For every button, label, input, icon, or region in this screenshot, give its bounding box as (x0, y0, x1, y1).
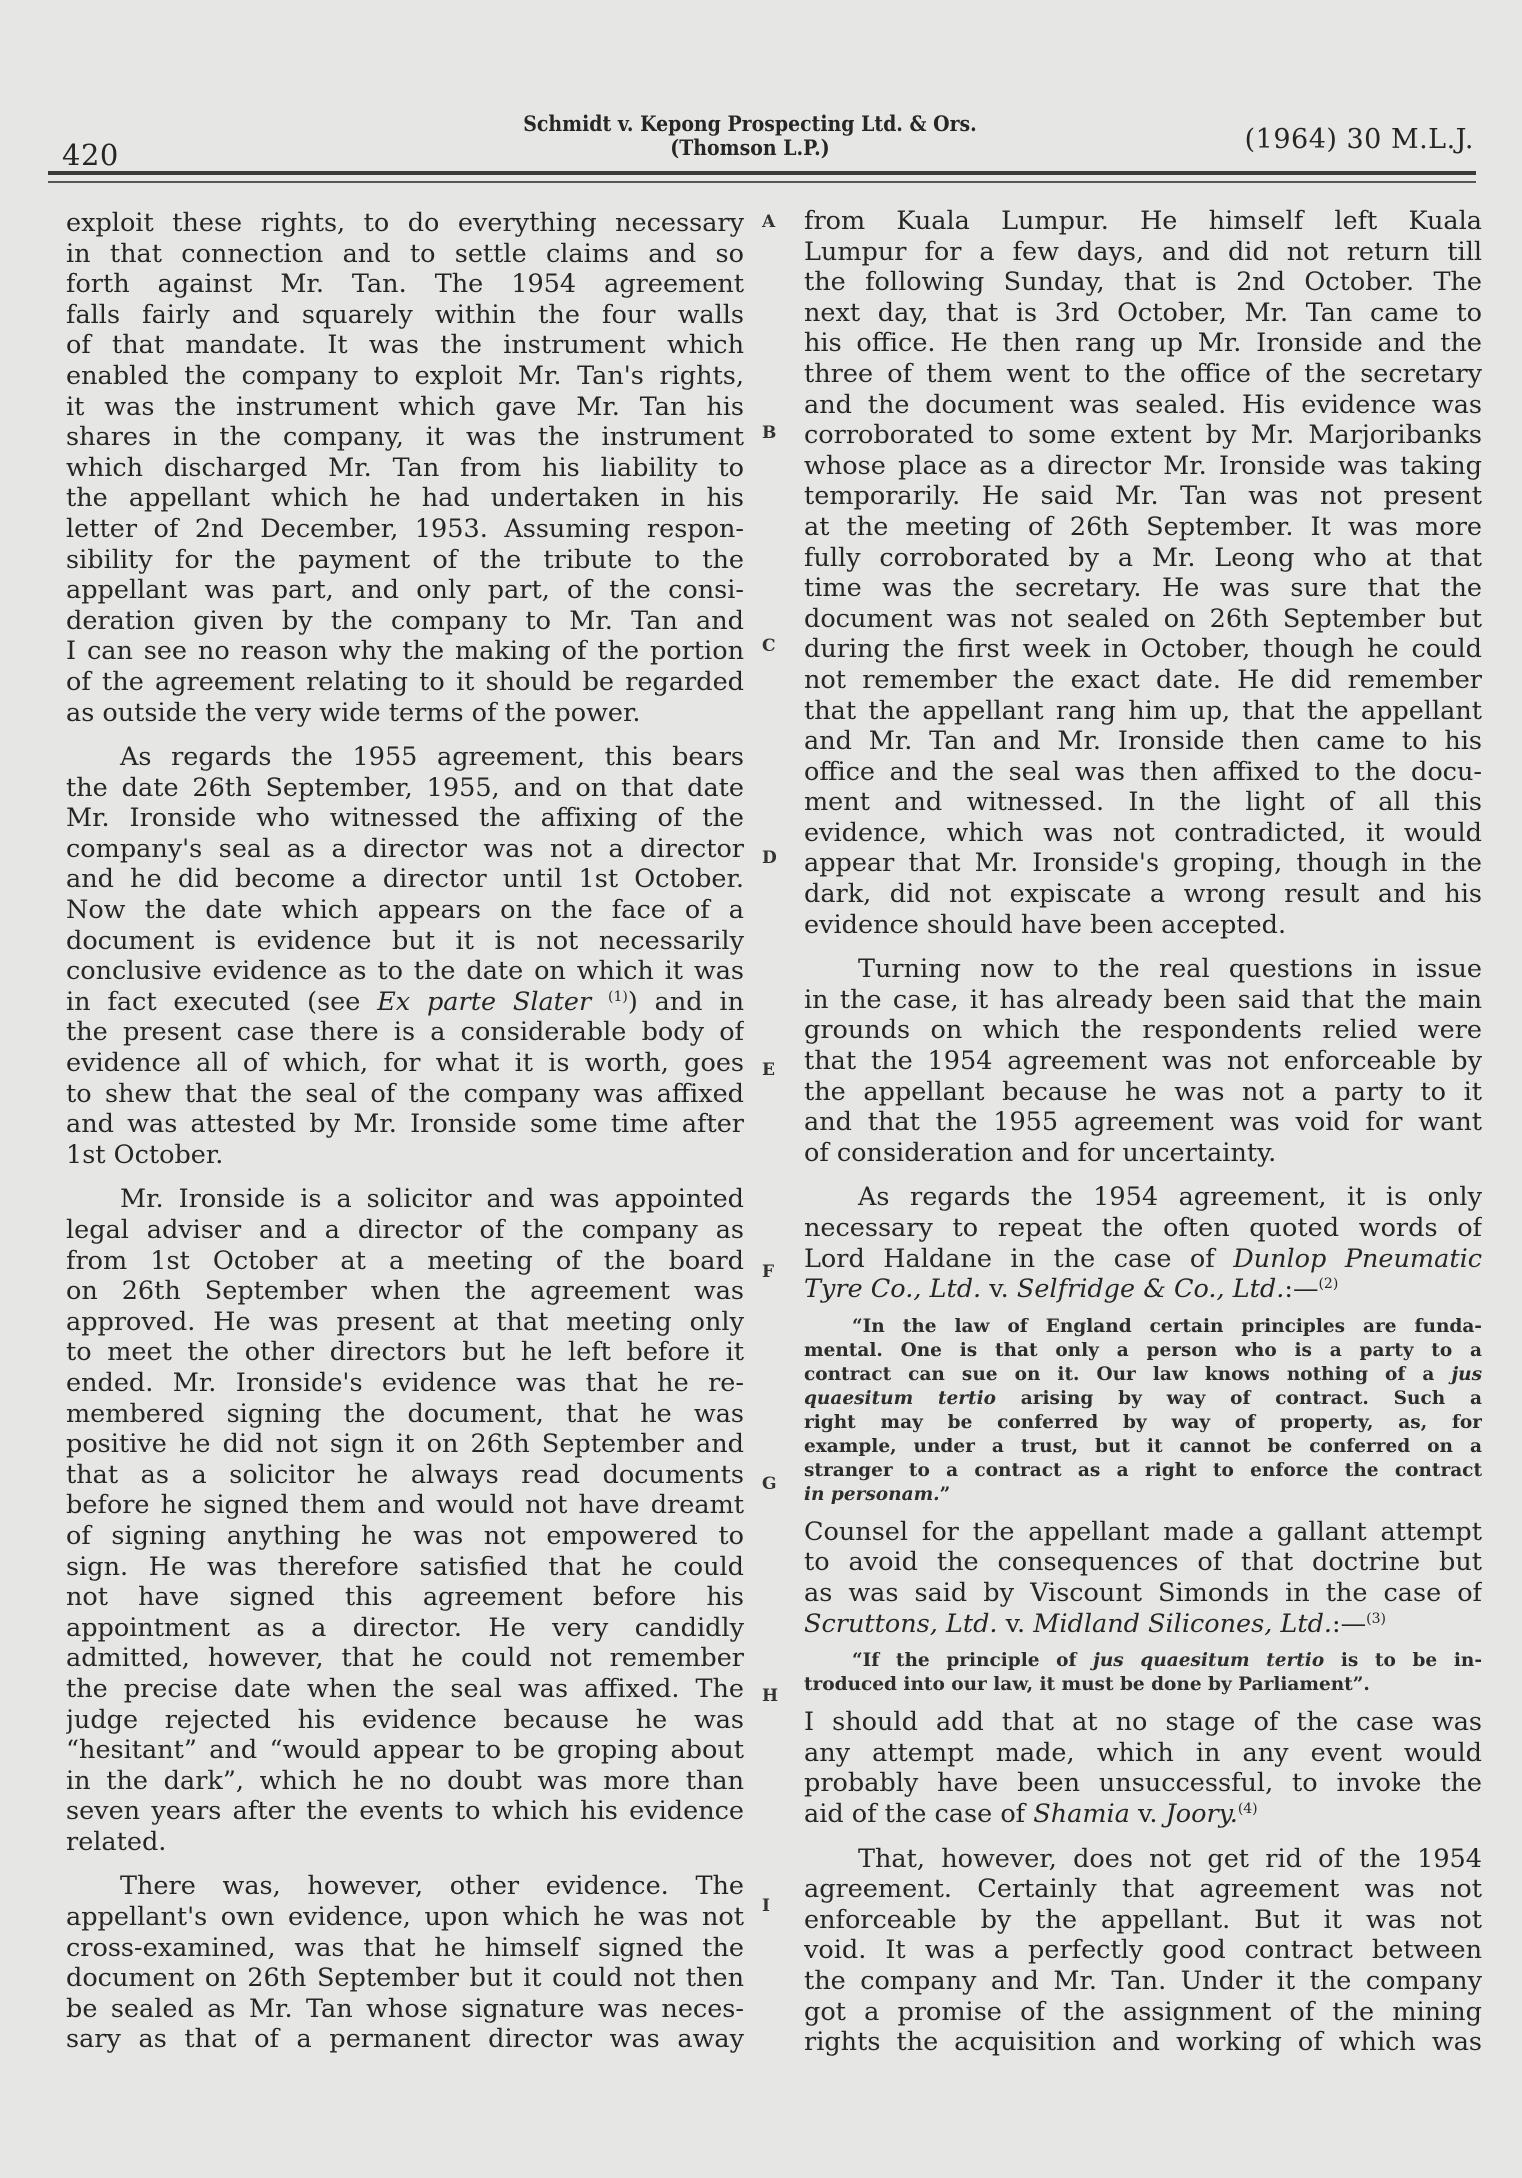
case-citation: Dunlop Pneumatic (1233, 1244, 1482, 1274)
text-line: membered signing the document, that he w… (66, 1399, 744, 1430)
text-line: grounds on which the respondents relied … (804, 1015, 1482, 1046)
quote-line: “In the law of England certain principle… (804, 1315, 1482, 1339)
text-line: Lumpur for a few days, and did not retur… (804, 237, 1482, 268)
running-title-judge: (Thomson L.P.) (498, 136, 1002, 160)
text-line: in the case, it has already been said th… (804, 985, 1482, 1016)
page-number: 420 (62, 138, 119, 172)
text-line: falls fairly and squarely within the fou… (66, 300, 744, 331)
header-rule-thin (48, 181, 1476, 183)
case-citation: Scruttons, Ltd. (804, 1609, 998, 1639)
text-line: ment and witnessed. In the light of all … (804, 787, 1482, 818)
text-line: as was said by Viscount Simonds in the c… (804, 1578, 1482, 1609)
text-line: the company and Mr. Tan. Under it the co… (804, 1966, 1482, 1997)
report-citation: (1964) 30 M.L.J. (1245, 124, 1474, 155)
text-line: any attempt made, which in any event wou… (804, 1738, 1482, 1769)
paragraph: Mr. Ironside is a solicitor and was appo… (66, 1184, 744, 1857)
paragraph: from Kuala Lumpur. He himself left Kuala… (804, 206, 1482, 940)
text-line: three of them went to the office of the … (804, 359, 1482, 390)
text-line: that the 1954 agreement was not enforcea… (804, 1046, 1482, 1077)
quote-line: troduced into our law, it must be done b… (804, 1673, 1482, 1697)
text-line: Lord Haldane in the case of Dunlop Pneum… (804, 1244, 1482, 1275)
margin-letter-h: H (762, 1686, 778, 1706)
quote-line: right may be conferred by way of propert… (804, 1411, 1482, 1435)
footnote-ref: (3) (1366, 1611, 1386, 1627)
text-line: the appellant because he was not a party… (804, 1077, 1482, 1108)
case-citation: Joory. (1166, 1799, 1238, 1829)
case-citation: Tyre Co., Ltd. (804, 1274, 981, 1304)
block-quote: “If the principle of jus quaesitum terti… (804, 1649, 1482, 1697)
case-citation: Shamia (1033, 1799, 1130, 1829)
text-line: appellant was part, and only part, of th… (66, 575, 744, 606)
right-column: from Kuala Lumpur. He himself left Kuala… (804, 206, 1482, 2058)
text-line: evidence should have been accepted. (804, 910, 1482, 941)
footnote-ref: (1) (608, 989, 628, 1005)
text-line: enforceable by the appellant. But it was… (804, 1905, 1482, 1936)
text-line: document was not sealed on 26th Septembe… (804, 604, 1482, 635)
text-line: from Kuala Lumpur. He himself left Kuala (804, 206, 1482, 237)
text-line: Counsel for the appellant made a gallant… (804, 1517, 1482, 1548)
text-line: sibility for the payment of the tribute … (66, 545, 744, 576)
text-line: it was the instrument which gave Mr. Tan… (66, 392, 744, 423)
text-line: enabled the company to exploit Mr. Tan's… (66, 361, 744, 392)
text-line: necessary to repeat the often quoted wor… (804, 1213, 1482, 1244)
left-column: exploit these rights, to do everything n… (66, 208, 744, 2055)
quote-line: example, under a trust, but it cannot be… (804, 1435, 1482, 1459)
text-line: the present case there is a considerable… (66, 1017, 744, 1048)
text-line: be sealed as Mr. Tan whose signature was… (66, 1994, 744, 2025)
text-line: the following Sunday, that is 2nd Octobe… (804, 267, 1482, 298)
text-line: and Mr. Tan and Mr. Ironside then came t… (804, 726, 1482, 757)
text-line: approved. He was present at that meeting… (66, 1307, 744, 1338)
text-line: of that mandate. It was the instrument w… (66, 330, 744, 361)
text-line: whose place as a director Mr. Ironside w… (804, 451, 1482, 482)
document-page: 420 Schmidt v. Kepong Prospecting Ltd. &… (0, 0, 1522, 2178)
running-title: Schmidt v. Kepong Prospecting Ltd. & Ors… (498, 112, 1002, 160)
running-title-case: Schmidt v. Kepong Prospecting Ltd. & Ors… (498, 112, 1002, 136)
quote-line: quaesitum tertio arising by way of contr… (804, 1387, 1482, 1411)
text-line: seven years after the events to which hi… (66, 1796, 744, 1827)
text-line: legal adviser and a director of the comp… (66, 1215, 744, 1246)
text-line: of the agreement relating to it should b… (66, 667, 744, 698)
text-line: to shew that the seal of the company was… (66, 1079, 744, 1110)
quote-line: mental. One is that only a person who is… (804, 1339, 1482, 1363)
text-line: company's seal as a director was not a d… (66, 834, 744, 865)
text-line: before he signed them and would not have… (66, 1490, 744, 1521)
text-line: rights the acquisition and working of wh… (804, 2027, 1482, 2058)
text-line: That, however, does not get rid of the 1… (804, 1844, 1482, 1875)
margin-letter-a: A (762, 212, 775, 232)
text-line: the appellant which he had undertaken in… (66, 483, 744, 514)
text-line: related. (66, 1827, 744, 1858)
margin-letter-b: B (762, 423, 776, 443)
text-line: in fact executed (see Ex parte Slater (1… (66, 987, 744, 1018)
text-line: and was attested by Mr. Ironside some ti… (66, 1109, 744, 1140)
text-line: and that the 1955 agreement was void for… (804, 1107, 1482, 1138)
footnote-ref: (2) (1318, 1276, 1338, 1292)
paragraph: Counsel for the appellant made a gallant… (804, 1517, 1482, 1639)
text-line: of consideration and for uncertainty. (804, 1138, 1482, 1169)
text-line: corroborated to some extent by Mr. Marjo… (804, 420, 1482, 451)
margin-letter-g: G (762, 1474, 777, 1494)
text-line: office and the seal was then affixed to … (804, 757, 1482, 788)
text-line: as outside the very wide terms of the po… (66, 698, 744, 729)
text-line: There was, however, other evidence. The (66, 1871, 744, 1902)
case-citation: Selfridge & Co., Ltd. (1017, 1274, 1285, 1304)
text-line: appointment as a director. He very candi… (66, 1613, 744, 1644)
text-line: dark, did not expiscate a wrong result a… (804, 879, 1482, 910)
text-line: not have signed this agreement before hi… (66, 1582, 744, 1613)
text-line: not remember the exact date. He did reme… (804, 665, 1482, 696)
footnote-ref: (4) (1238, 1801, 1258, 1817)
text-line: at the meeting of 26th September. It was… (804, 512, 1482, 543)
text-line: I should add that at no stage of the cas… (804, 1707, 1482, 1738)
text-line: judge rejected his evidence because he w… (66, 1705, 744, 1736)
margin-letter-f: F (762, 1262, 774, 1282)
text-line: Mr. Ironside is a solicitor and was appo… (66, 1184, 744, 1215)
margin-letter-e: E (762, 1060, 775, 1080)
paragraph: As regards the 1955 agreement, this bear… (66, 742, 744, 1170)
text-line: void. It was a perfectly good contract b… (804, 1935, 1482, 1966)
text-line: letter of 2nd December, 1953. Assuming r… (66, 514, 744, 545)
text-line: that as a solicitor he always read docum… (66, 1460, 744, 1491)
text-line: evidence all of which, for what it is wo… (66, 1048, 744, 1079)
paragraph: exploit these rights, to do everything n… (66, 208, 744, 728)
text-line: “hesitant” and “would appear to be gropi… (66, 1735, 744, 1766)
text-line: aid of the case of Shamia v. Joory.(4) (804, 1799, 1482, 1830)
text-line: deration given by the company to Mr. Tan… (66, 606, 744, 637)
text-line: time was the secretary. He was sure that… (804, 573, 1482, 604)
paragraph: Turning now to the real questions in iss… (804, 954, 1482, 1168)
text-line: appear that Mr. Ironside's groping, thou… (804, 848, 1482, 879)
text-line: in that connection and to settle claims … (66, 239, 744, 270)
text-line: exploit these rights, to do everything n… (66, 208, 744, 239)
text-line: during the first week in October, though… (804, 634, 1482, 665)
block-quote: “In the law of England certain principle… (804, 1315, 1482, 1507)
text-line: from 1st October at a meeting of the boa… (66, 1246, 744, 1277)
paragraph: There was, however, other evidence. The … (66, 1871, 744, 2055)
text-line: As regards the 1954 agreement, it is onl… (804, 1182, 1482, 1213)
text-line: conclusive evidence as to the date on wh… (66, 956, 744, 987)
text-line: document on 26th September but it could … (66, 1963, 744, 1994)
text-line: got a promise of the assignment of the m… (804, 1997, 1482, 2028)
text-line: sign. He was therefore satisfied that he… (66, 1552, 744, 1583)
quote-line: “If the principle of jus quaesitum terti… (804, 1649, 1482, 1673)
text-line: 1st October. (66, 1140, 744, 1171)
text-line: document is evidence but it is not neces… (66, 926, 744, 957)
text-line: Now the date which appears on the face o… (66, 895, 744, 926)
case-citation: Midland Silicones, Ltd. (1033, 1609, 1332, 1639)
text-line: in the dark”, which he no doubt was more… (66, 1766, 744, 1797)
text-line: which discharged Mr. Tan from his liabil… (66, 453, 744, 484)
text-line: forth against Mr. Tan. The 1954 agreemen… (66, 269, 744, 300)
margin-letter-i: I (762, 1896, 770, 1916)
header-rule-thick (48, 171, 1476, 175)
text-line: ended. Mr. Ironside's evidence was that … (66, 1368, 744, 1399)
quote-line: stranger to a contract as a right to enf… (804, 1459, 1482, 1483)
text-line: admitted, however, that he could not rem… (66, 1643, 744, 1674)
text-line: cross-examined, was that he himself sign… (66, 1933, 744, 1964)
text-line: and he did become a director until 1st O… (66, 864, 744, 895)
text-line: Scruttons, Ltd. v. Midland Silicones, Lt… (804, 1609, 1482, 1640)
text-line: fully corroborated by a Mr. Leong who at… (804, 543, 1482, 574)
text-line: probably have been unsuccessful, to invo… (804, 1768, 1482, 1799)
paragraph: That, however, does not get rid of the 1… (804, 1844, 1482, 2058)
paragraph: As regards the 1954 agreement, it is onl… (804, 1182, 1482, 1304)
text-line: Turning now to the real questions in iss… (804, 954, 1482, 985)
text-line: evidence, which was not contradicted, it… (804, 818, 1482, 849)
text-line: appellant's own evidence, upon which he … (66, 1902, 744, 1933)
text-line: As regards the 1955 agreement, this bear… (66, 742, 744, 773)
quote-line: in personam.” (804, 1483, 1482, 1507)
text-line: the precise date when the seal was affix… (66, 1674, 744, 1705)
text-line: on 26th September when the agreement was (66, 1276, 744, 1307)
text-line: sary as that of a permanent director was… (66, 2024, 744, 2055)
case-citation: Ex parte Slater (377, 987, 591, 1017)
text-line: that the appellant rang him up, that the… (804, 696, 1482, 727)
text-line: Mr. Ironside who witnessed the affixing … (66, 803, 744, 834)
margin-letter-d: D (762, 848, 777, 868)
text-line: his office. He then rang up Mr. Ironside… (804, 328, 1482, 359)
margin-letter-c: C (762, 636, 776, 656)
paragraph: I should add that at no stage of the cas… (804, 1707, 1482, 1829)
text-line: to meet the other directors but he left … (66, 1337, 744, 1368)
text-line: Tyre Co., Ltd. v. Selfridge & Co., Ltd.:… (804, 1274, 1482, 1305)
text-line: and the document was sealed. His evidenc… (804, 390, 1482, 421)
quote-line: contract can sue on it. Our law knows no… (804, 1363, 1482, 1387)
text-line: shares in the company, it was the instru… (66, 422, 744, 453)
text-line: of signing anything he was not empowered… (66, 1521, 744, 1552)
text-line: agreement. Certainly that agreement was … (804, 1874, 1482, 1905)
text-line: the date 26th September, 1955, and on th… (66, 773, 744, 804)
text-line: next day, that is 3rd October, Mr. Tan c… (804, 298, 1482, 329)
text-line: temporarily. He said Mr. Tan was not pre… (804, 481, 1482, 512)
text-line: positive he did not sign it on 26th Sept… (66, 1429, 744, 1460)
text-line: to avoid the consequences of that doctri… (804, 1547, 1482, 1578)
text-line: I can see no reason why the making of th… (66, 636, 744, 667)
